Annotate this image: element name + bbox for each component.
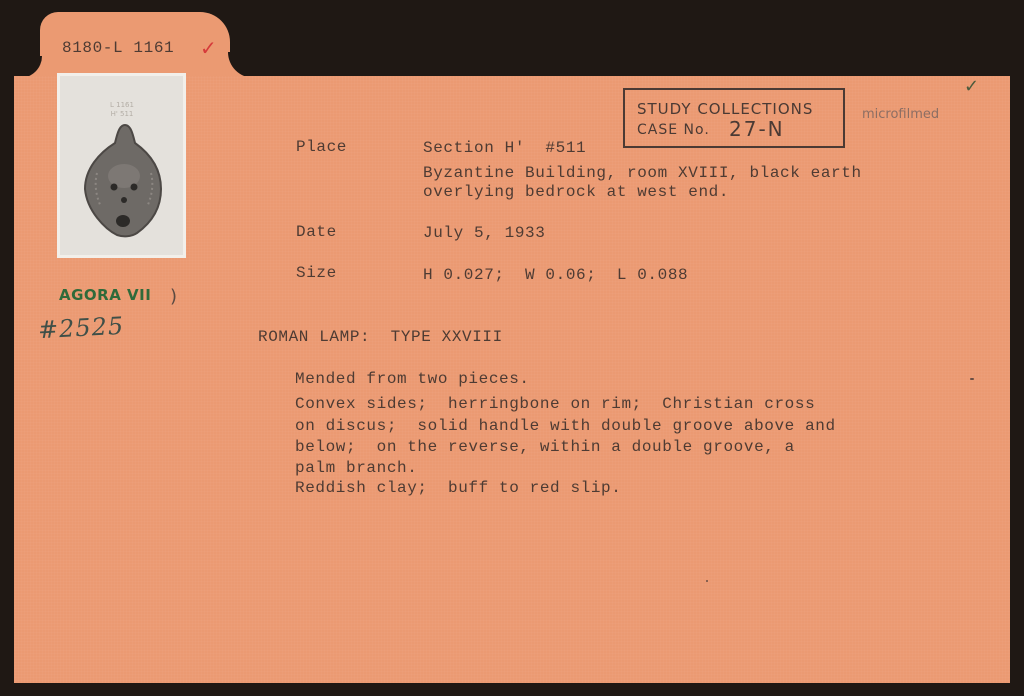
tab-corner-right bbox=[228, 52, 262, 78]
place-line-3: overlying bedrock at west end. bbox=[423, 182, 729, 202]
tab-corner-left bbox=[14, 56, 42, 78]
accession-number: 8180-L 1161 bbox=[62, 38, 174, 58]
description-line: below; on the reverse, within a double g… bbox=[295, 437, 795, 457]
microfilmed-stamp: microfilmed bbox=[862, 107, 939, 122]
stamp-title: STUDY COLLECTIONS bbox=[637, 100, 813, 118]
stamp-case-value: 27-N bbox=[729, 117, 785, 141]
paper-speck bbox=[970, 378, 974, 380]
stamp-case-label: CASE No. bbox=[637, 122, 710, 138]
lamp-photograph: L 1161 H' 511 bbox=[57, 73, 186, 258]
place-label: Place bbox=[296, 137, 347, 157]
description-line: palm branch. bbox=[295, 458, 417, 478]
study-collections-stamp: STUDY COLLECTIONS CASE No. 27-N bbox=[623, 88, 845, 148]
bracket-mark: ) bbox=[170, 286, 177, 307]
size-label: Size bbox=[296, 263, 337, 283]
description-line: Reddish clay; buff to red slip. bbox=[295, 478, 621, 498]
description-line: Mended from two pieces. bbox=[295, 369, 530, 389]
place-line-1: Section H' #511 bbox=[423, 138, 586, 158]
object-heading: ROMAN LAMP: TYPE XXVIII bbox=[258, 327, 503, 347]
inventory-number: #2525 bbox=[37, 312, 125, 344]
lamp-icon bbox=[57, 73, 186, 258]
red-checkmark-icon: ✓ bbox=[200, 36, 217, 60]
paper-speck bbox=[706, 580, 708, 582]
place-line-2: Byzantine Building, room XVIII, black ea… bbox=[423, 163, 862, 183]
date-value: July 5, 1933 bbox=[423, 223, 545, 243]
date-label: Date bbox=[296, 222, 337, 242]
agora-series-stamp: AGORA VII bbox=[59, 286, 151, 304]
description-line: Convex sides; herringbone on rim; Christ… bbox=[295, 394, 815, 414]
green-checkmark-icon: ✓ bbox=[964, 76, 979, 97]
description-line: on discus; solid handle with double groo… bbox=[295, 416, 836, 436]
size-value: H 0.027; W 0.06; L 0.088 bbox=[423, 265, 688, 285]
